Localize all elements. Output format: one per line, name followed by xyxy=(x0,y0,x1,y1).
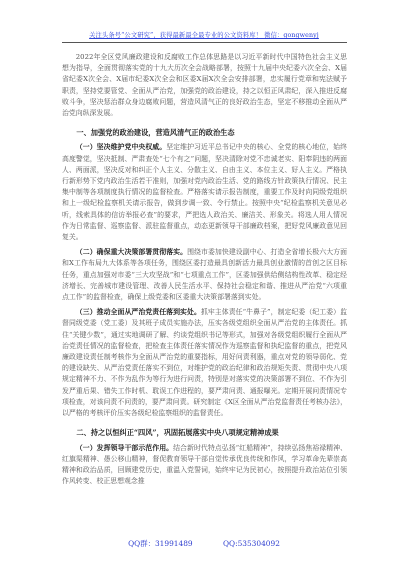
section1-item-1: （一）坚决维护党中央权威。坚定维护习近平总书记中央的核心、全党的核心地位，始终高… xyxy=(62,142,347,243)
footer-contact: QQ群：31991489 QQ:535304092 xyxy=(0,538,408,549)
qq-label: QQ:535304092 xyxy=(223,539,280,548)
header-divider xyxy=(62,42,347,43)
intro-paragraph: 2022年全区党风廉政建设和反腐败工作总体思路是以习近平新时代中国特色社会主义思… xyxy=(62,52,347,119)
section1-item-3: （三）推动全面从严治党责任落到实处。抓牢主体责任“牛鼻子”，制定纪委（纪工委）监… xyxy=(62,307,347,419)
section-heading-1: 一、加强党的政治建设，营造风清气正的政治生态 xyxy=(62,127,347,138)
subheading: （二）确保重大决策部署贯彻落实。 xyxy=(76,248,187,256)
section2-item-1: （一）发挥领导干部示范作用。结合新时代特点弘扬“红船精神”，持续弘扬焦裕禄精神、… xyxy=(62,443,347,488)
qq-group-label: QQ群：31991489 xyxy=(128,539,193,548)
subheading: （一）发挥领导干部示范作用。 xyxy=(76,444,173,452)
subheading: （三）推动全面从严治党责任落到实处。 xyxy=(76,308,201,316)
section1-item-2: （二）确保重大决策部署贯彻落实。围绕市委加快建设副中心、打造全省增长极六大方面和… xyxy=(62,247,347,303)
header-banner-link[interactable]: 关注头条号“公文研究”，获得最新最全最专业的公文资料库！ 微信：gongweny… xyxy=(62,30,346,39)
document-body: 2022年全区党风廉政建设和反腐败工作总体思路是以习近平新时代中国特色社会主义思… xyxy=(62,52,347,487)
paragraph-text: 抓牢主体责任“牛鼻子”，制定纪委（纪工委）监督同级党委（党工委）及其班子成员实施… xyxy=(62,308,347,417)
paragraph-text: 坚定维护习近平总书记中央的核心、全党的核心地位，始终高度警觉，坚决抵制、严肃查处… xyxy=(62,143,347,241)
section-heading-2: 二、持之以恒纠正“四风”，巩固拓展落实中央八项规定精神成果 xyxy=(62,427,347,438)
subheading: （一）坚决维护党中央权威。 xyxy=(76,143,166,151)
